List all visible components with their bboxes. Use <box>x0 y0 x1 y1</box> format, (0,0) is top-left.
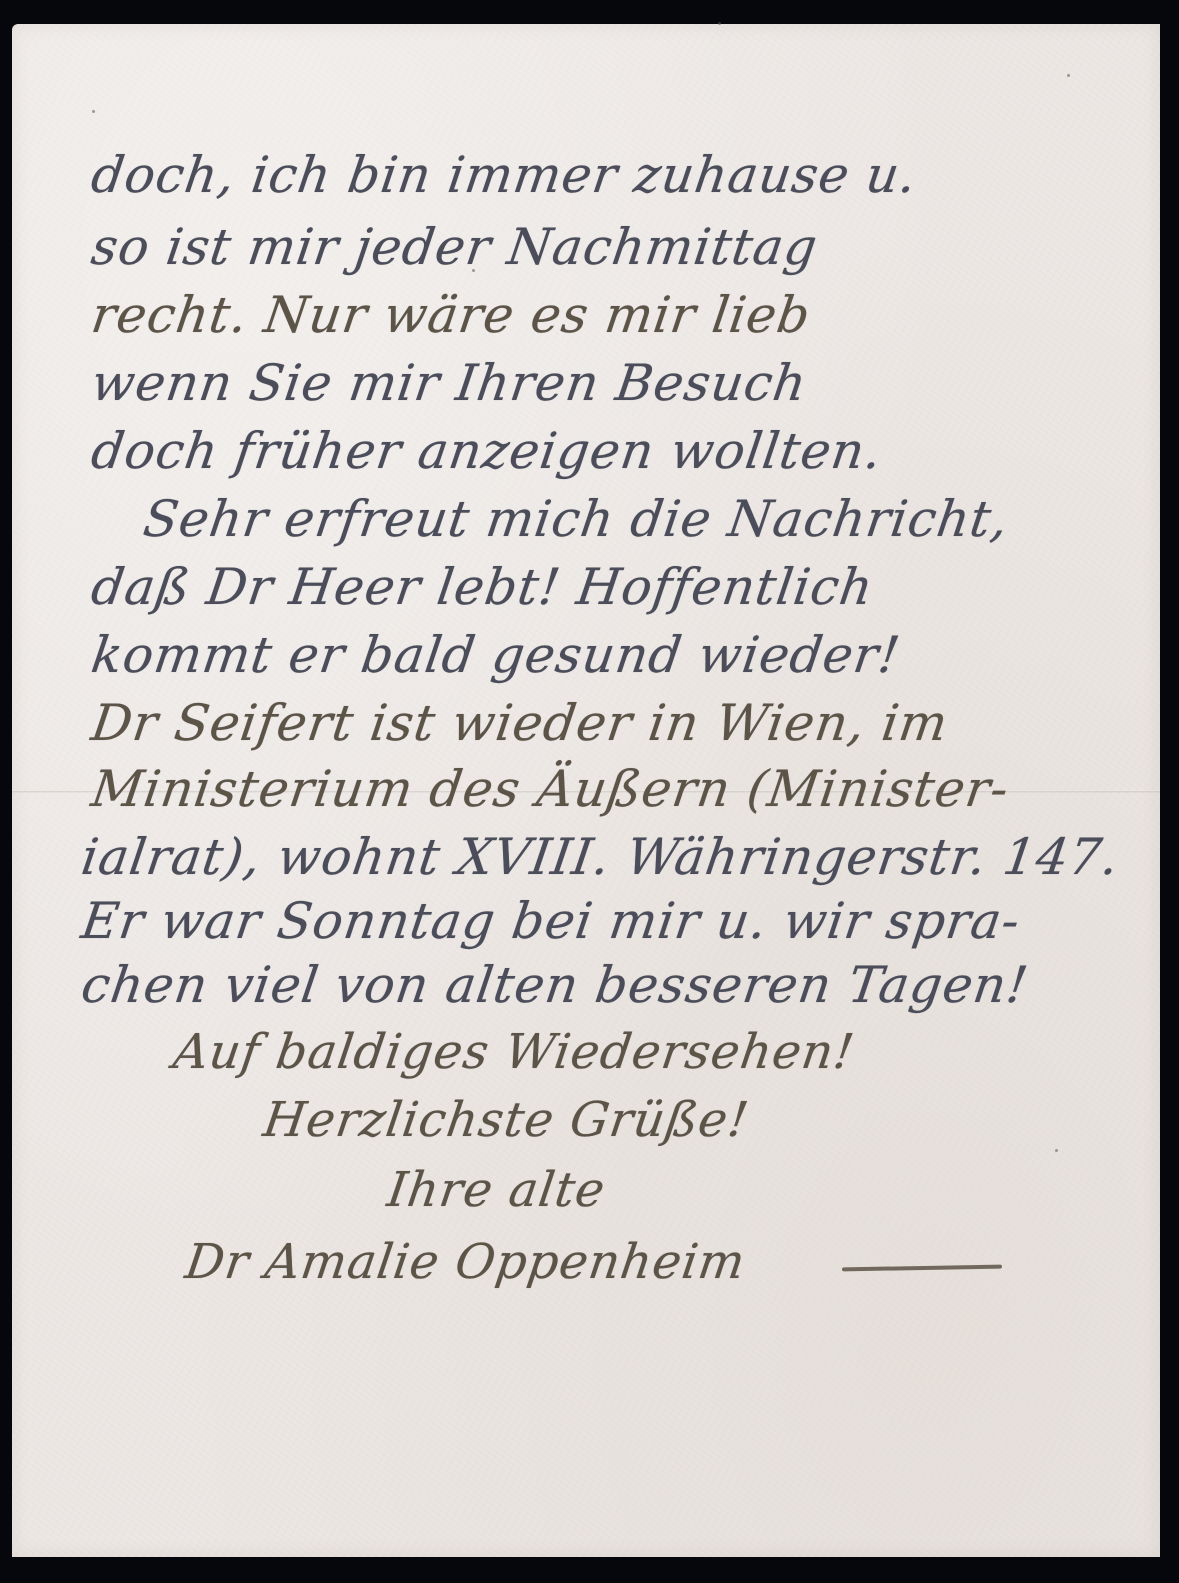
letter-line-10: Ministerium des Äußern (Minister- <box>88 760 1013 818</box>
letter-line-11: ialrat), wohnt XVIII. Währingerstr. 147. <box>78 828 1123 886</box>
letter-line-6: Sehr erfreut mich die Nachricht, <box>140 490 1013 548</box>
letter-line-9: Dr Seifert ist wieder in Wien, im <box>88 694 952 752</box>
paper-speck <box>92 110 95 113</box>
letter-line-12: Er war Sonntag bei mir u. wir spra- <box>78 892 1024 950</box>
letter-line-1: doch, ich bin immer zuhause u. <box>88 146 921 204</box>
paper-speck <box>1067 74 1070 77</box>
signature: Dr Amalie Oppenheim <box>182 1234 749 1290</box>
letter-line-2: so ist mir jeder Nachmittag <box>88 218 821 276</box>
letter-sheet: doch, ich bin immer zuhause u. so ist mi… <box>12 24 1160 1557</box>
closing-farewell: Auf baldiges Wiedersehen! <box>170 1024 858 1080</box>
closing-greeting: Herzlichste Grüße! <box>260 1092 752 1148</box>
letter-line-5: doch früher anzeigen wollten. <box>88 422 886 480</box>
closing-valediction: Ihre alte <box>384 1162 609 1218</box>
letter-line-3: recht. Nur wäre es mir lieb <box>88 286 814 344</box>
letter-line-7: daß Dr Heer lebt! Hoffentlich <box>88 558 877 616</box>
signature-flourish <box>842 1265 1002 1272</box>
letter-line-4: wenn Sie mir Ihren Besuch <box>88 354 811 412</box>
paper-speck <box>718 22 721 25</box>
letter-line-8: kommt er bald gesund wieder! <box>88 626 904 684</box>
paper-speck <box>1055 1149 1058 1152</box>
letter-line-13: chen viel von alten besseren Tagen! <box>78 956 1032 1014</box>
